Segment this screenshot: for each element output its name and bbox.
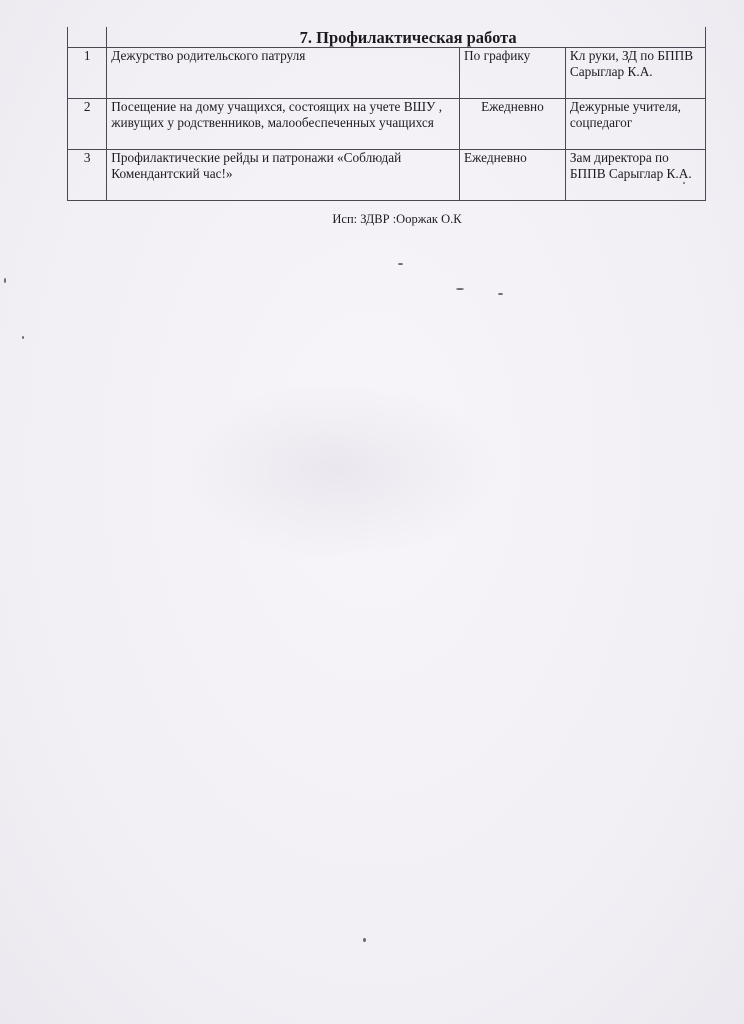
section-title: 7. Профилактическая работа xyxy=(107,27,706,48)
scan-speck xyxy=(363,938,366,942)
prevention-work-table: 7. Профилактическая работа 1 Дежурство р… xyxy=(67,27,706,201)
table-row: 3 Профилактические рейды и патронажи «Со… xyxy=(68,150,706,201)
scan-speck xyxy=(22,336,24,339)
table-row: 2 Посещение на дому учащихся, состоящих … xyxy=(68,99,706,150)
header-num-cell xyxy=(68,27,107,48)
row-responsible: Кл руки, ЗД по БППВ Сарыглар К.А. xyxy=(565,48,705,99)
row-responsible: Дежурные учителя, соцпедагог xyxy=(565,99,705,150)
row-number: 1 xyxy=(68,48,107,99)
row-activity: Дежурство родительского патруля xyxy=(107,48,460,99)
table-row: 1 Дежурство родительского патруля По гра… xyxy=(68,48,706,99)
table-header-row: 7. Профилактическая работа xyxy=(68,27,706,48)
row-activity: Посещение на дому учащихся, состоящих на… xyxy=(107,99,460,150)
row-when: Ежедневно xyxy=(460,150,566,201)
executor-note: Исп: ЗДВР :Ооржак О.К xyxy=(0,212,744,227)
row-number: 2 xyxy=(68,99,107,150)
scan-speck xyxy=(683,182,685,184)
paper-fold-shadow xyxy=(180,380,500,560)
row-when: Ежедневно xyxy=(460,99,566,150)
row-responsible: Зам директора по БППВ Сарыглар К.А. xyxy=(565,150,705,201)
scan-speck xyxy=(398,263,403,265)
row-activity: Профилактические рейды и патронажи «Собл… xyxy=(107,150,460,201)
row-when: По графику xyxy=(460,48,566,99)
scan-speck xyxy=(456,288,464,290)
row-number: 3 xyxy=(68,150,107,201)
scan-speck xyxy=(4,278,6,283)
scan-speck xyxy=(498,293,503,295)
